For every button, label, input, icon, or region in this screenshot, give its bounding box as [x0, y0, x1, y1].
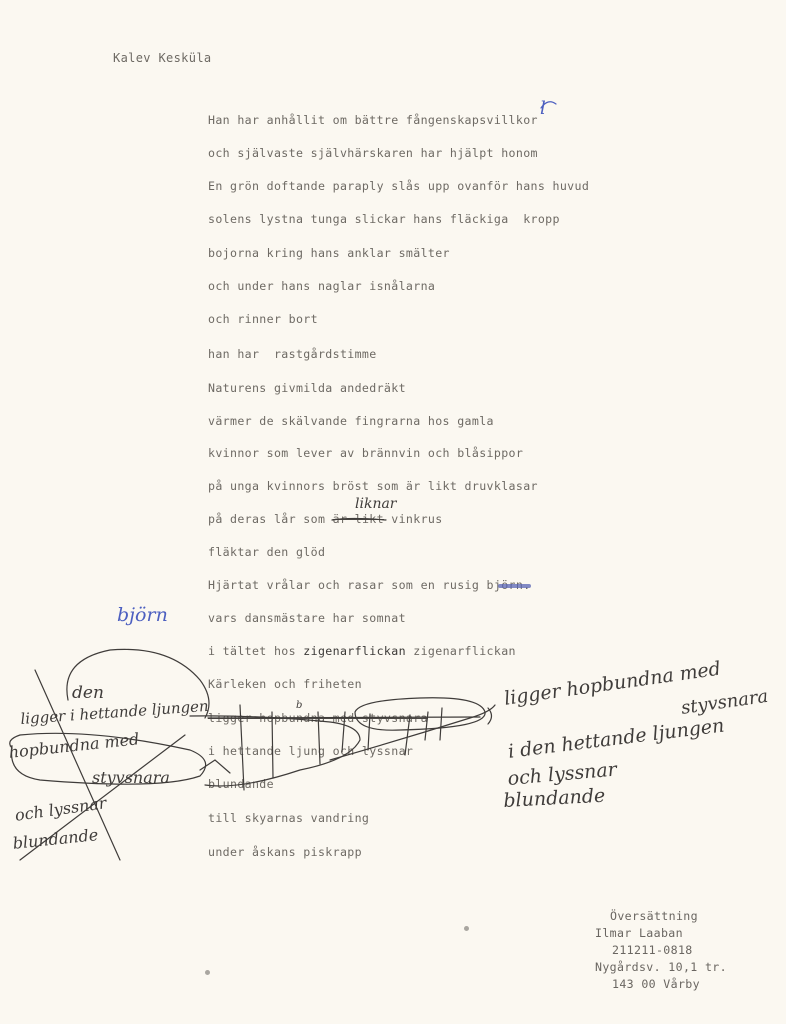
poem-line: bojorna kring hans anklar smälter	[208, 246, 450, 260]
poem-line: under åskans piskrapp	[208, 845, 362, 859]
paper-speck	[464, 926, 469, 931]
poem-line: Naturens givmilda andedräkt	[208, 381, 406, 395]
document-page: Kalev Kesküla Han har anhållit om bättre…	[0, 0, 786, 1024]
blue-correction-mark: l	[540, 100, 546, 119]
poem-line: i hettande ljung och lyssnar	[208, 744, 413, 758]
poem-line: Han har anhållit om bättre fångenskapsvi…	[208, 113, 538, 127]
blue-scribbled-text: jörn.	[494, 578, 531, 592]
poem-line: han har rastgårdstimme	[208, 347, 377, 361]
translator-postal: 143 00 Vårby	[612, 977, 700, 991]
poem-line: och självaste självhärskaren har hjälpt …	[208, 146, 538, 160]
author-header: Kalev Kesküla	[113, 51, 211, 65]
poem-line: vars dansmästare har somnat	[208, 611, 406, 625]
poem-line-with-correction: på deras lår som är likt vinkrus	[208, 512, 443, 526]
poem-line: kvinnor som lever av brännvin och blåsip…	[208, 446, 523, 460]
overtyped-text: zigenarflickan	[303, 644, 406, 658]
translator-name: Ilmar Laaban	[595, 926, 683, 940]
pencil-insertion: b	[296, 701, 302, 712]
poem-line: och rinner bort	[208, 312, 318, 326]
struck-poem-line: ligger hopbundna med styvsnara	[208, 711, 428, 725]
poem-line: blundande	[208, 777, 274, 791]
translation-label: Översättning	[610, 909, 698, 923]
translator-id: 211211-0818	[612, 943, 693, 957]
paper-speck	[205, 970, 210, 975]
struck-text: är likt	[333, 512, 384, 526]
poem-line: värmer de skälvande fingrarna hos gamla	[208, 414, 494, 428]
poem-line: på unga kvinnors bröst som är likt druvk…	[208, 479, 538, 493]
poem-line: solens lystna tunga slickar hans fläckig…	[208, 212, 560, 226]
poem-line: fläktar den glöd	[208, 545, 325, 559]
poem-line: En grön doftande paraply slås upp ovanfö…	[208, 179, 589, 193]
poem-line-with-correction: i tältet hos zigenarflickan zigenarflick…	[208, 644, 516, 658]
poem-line: till skyarnas vandring	[208, 811, 369, 825]
translator-street: Nygårdsv. 10,1 tr.	[595, 960, 727, 974]
poem-line-with-correction: Hjärtat vrålar och rasar som en rusig bj…	[208, 578, 531, 592]
poem-line: och under hans naglar isnålarna	[208, 279, 435, 293]
pencil-insertion: liknar	[355, 497, 397, 512]
poem-line: Kärleken och friheten	[208, 677, 362, 691]
blue-margin-annotation: björn	[117, 606, 168, 626]
